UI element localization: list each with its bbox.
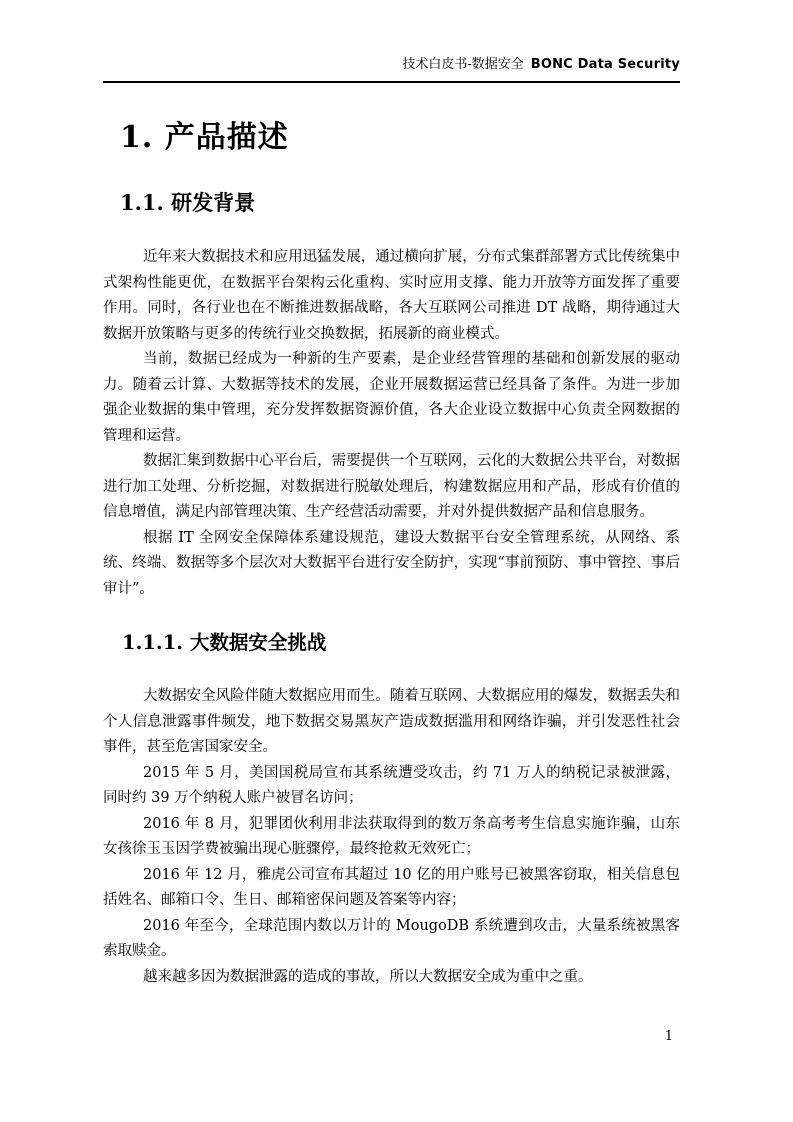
subsection-heading: 1.1.1. 大数据安全挑战 [122, 630, 680, 655]
intro-paragraphs: 近年来大数据技术和应用迅猛发展，通过横向扩展，分布式集群部署方式比传统集中式架构… [103, 245, 680, 602]
document-page: 技术白皮书-数据安全BONC Data Security 1. 产品描述 1.1… [0, 0, 793, 1122]
page-header: 技术白皮书-数据安全BONC Data Security [103, 0, 680, 83]
paragraph: 根据 IT 全网安全保障体系建设规范，建设大数据平台安全管理系统，从网络、系统、… [103, 526, 680, 603]
paragraph: 越来越多因为数据泄露的造成的事故，所以大数据安全成为重中之重。 [103, 965, 680, 991]
challenge-paragraphs: 大数据安全风险伴随大数据应用而生。随着互联网、大数据应用的爆发，数据丢失和个人信… [103, 684, 680, 990]
chapter-heading: 1. 产品描述 [120, 119, 680, 156]
paragraph: 2016 年 8 月，犯罪团伙利用非法获取得到的数万条高考考生信息实施诈骗，山东… [103, 812, 680, 863]
section-heading: 1.1. 研发背景 [120, 189, 680, 216]
paragraph: 2016 年至今，全球范围内数以万计的 MougoDB 系统遭到攻击，大量系统被… [103, 914, 680, 965]
paragraph: 当前，数据已经成为一种新的生产要素，是企业经营管理的基础和创新发展的驱动力。随着… [103, 347, 680, 449]
header-title-english: BONC Data Security [531, 57, 680, 72]
paragraph: 近年来大数据技术和应用迅猛发展，通过横向扩展，分布式集群部署方式比传统集中式架构… [103, 245, 680, 347]
paragraph: 2015 年 5 月，美国国税局宣布其系统遭受攻击，约 71 万人的纳税记录被泄… [103, 761, 680, 812]
header-title-chinese: 技术白皮书-数据安全 [402, 57, 523, 72]
paragraph: 大数据安全风险伴随大数据应用而生。随着互联网、大数据应用的爆发，数据丢失和个人信… [103, 684, 680, 761]
paragraph: 2016 年 12 月，雅虎公司宣布其超过 10 亿的用户账号已被黑客窃取，相关… [103, 863, 680, 914]
paragraph: 数据汇集到数据中心平台后，需要提供一个互联网，云化的大数据公共平台，对数据进行加… [103, 449, 680, 526]
page-number: 1 [665, 1029, 673, 1045]
